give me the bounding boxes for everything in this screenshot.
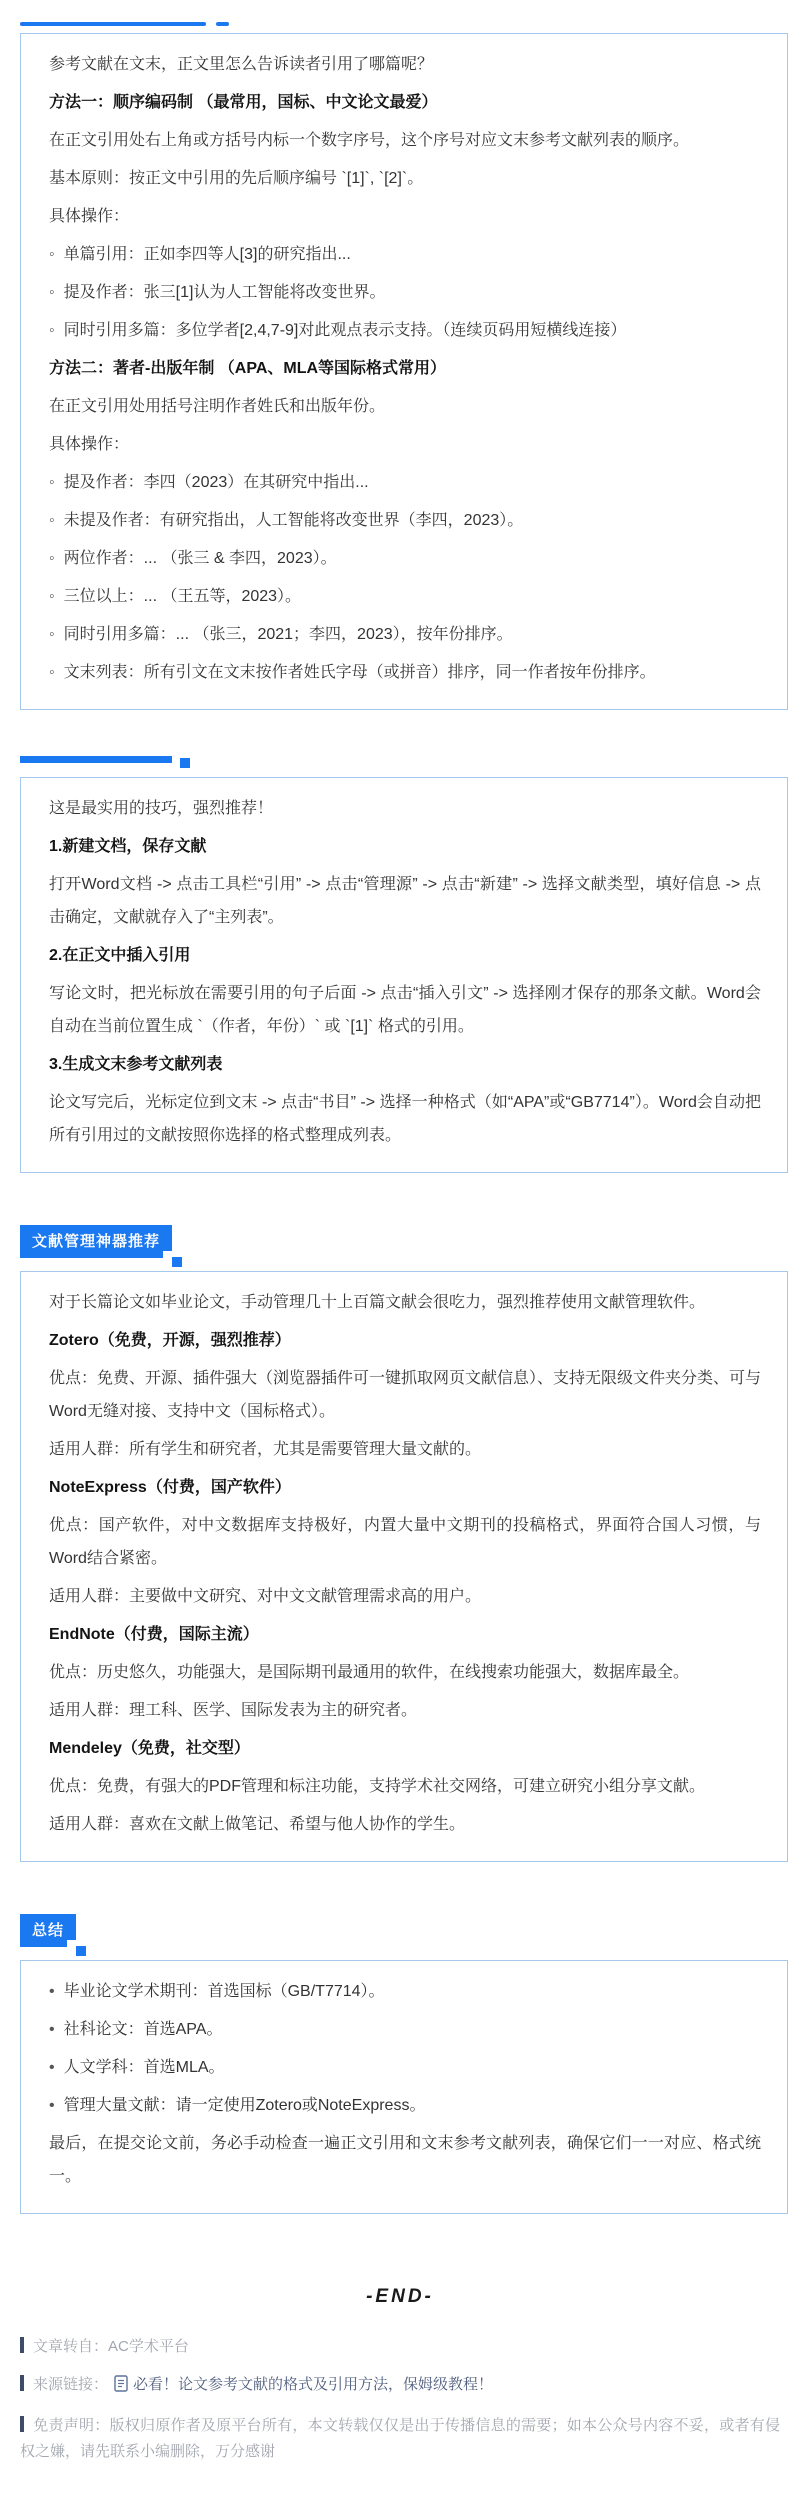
list-item-text: 同时引用多篇：... （张三，2021；李四，2023），按年份排序。 (64, 618, 513, 651)
heading: 方法二：著者-出版年制 （APA、MLA等国际格式常用） (49, 352, 761, 385)
bullet-marker: • (49, 2089, 55, 2122)
software-recommendations-box: 对于长篇论文如毕业论文，手动管理几十上百篇文献会很吃力，强烈推荐使用文献管理软件… (20, 1271, 788, 1862)
list-item: ◦单篇引用：正如李四等人[3]的研究指出... (49, 238, 761, 271)
list-item: •毕业论文学术期刊：首选国标（GB/T7714）。 (49, 1975, 761, 2008)
paragraph: 写论文时，把光标放在需要引用的句子后面 -> 点击“插入引文” -> 选择刚才保… (49, 977, 761, 1043)
list-item-text: 同时引用多篇：多位学者[2,4,7-9]对此观点表示支持。（连续页码用短横线连接… (64, 314, 627, 347)
list-item-text: 社科论文：首选APA。 (64, 2013, 223, 2046)
list-item: ◦同时引用多篇：多位学者[2,4,7-9]对此观点表示支持。（连续页码用短横线连… (49, 314, 761, 347)
source-attribution-line: 文章转自：AC学术平台 (20, 2334, 780, 2360)
citation-methods-box: 参考文献在文末，正文里怎么告诉读者引用了哪篇呢？方法一：顺序编码制 （最常用，国… (20, 33, 788, 710)
list-item-text: 管理大量文献：请一定使用Zotero或NoteExpress。 (64, 2089, 426, 2122)
disclaimer-text: 免责声明：版权归原作者及原平台所有，本文转载仅仅是出于传播信息的需要；如本公众号… (20, 2417, 780, 2460)
bullet-marker: ◦ (49, 542, 55, 575)
bullet-marker: ◦ (49, 580, 55, 613)
badge-corner-blue-square (172, 1257, 182, 1267)
bullet-marker: ◦ (49, 504, 55, 537)
paragraph: 适用人群：理工科、医学、国际发表为主的研究者。 (49, 1694, 761, 1727)
list-item: ◦提及作者：李四（2023）在其研究中指出... (49, 466, 761, 499)
bullet-marker: ◦ (49, 314, 55, 347)
list-item-text: 毕业论文学术期刊：首选国标（GB/T7714）。 (64, 1975, 385, 2008)
link-label: 来源链接： (33, 2376, 108, 2393)
word-citation-tips-box: 这是最实用的技巧，强烈推荐！1.新建文档，保存文献打开Word文档 -> 点击工… (20, 777, 788, 1173)
heading: NoteExpress（付费，国产软件） (49, 1471, 761, 1504)
list-item-text: 提及作者：李四（2023）在其研究中指出... (64, 466, 369, 499)
list-item-text: 人文学科：首选MLA。 (64, 2051, 225, 2084)
paragraph: 优点：免费，有强大的PDF管理和标注功能，支持学术社交网络，可建立研究小组分享文… (49, 1770, 761, 1803)
badge-label: 总结 (32, 1922, 64, 1939)
paragraph: 在正文引用处右上角或方括号内标一个数字序号，这个序号对应文末参考文献列表的顺序。 (49, 124, 761, 157)
summary-box: •毕业论文学术期刊：首选国标（GB/T7714）。•社科论文：首选APA。•人文… (20, 1960, 788, 2214)
list-item: •人文学科：首选MLA。 (49, 2051, 761, 2084)
heading: 1.新建文档，保存文献 (49, 830, 761, 863)
heading: 3.生成文末参考文献列表 (49, 1048, 761, 1081)
paragraph: 论文写完后，光标定位到文末 -> 点击“书目” -> 选择一种格式（如“APA”… (49, 1086, 761, 1152)
divider-square (180, 758, 190, 768)
heading: EndNote（付费，国际主流） (49, 1618, 761, 1651)
divider-line (20, 22, 206, 26)
footer: 文章转自：AC学术平台 来源链接：必看！论文参考文献的格式及引用方法，保姆级教程… (20, 2334, 780, 2465)
paragraph: 适用人群：喜欢在文献上做笔记、希望与他人协作的学生。 (49, 1808, 761, 1841)
source-text: 文章转自：AC学术平台 (33, 2338, 189, 2355)
section-badge-tools: 文献管理神器推荐 (20, 1225, 172, 1258)
section-badge-summary: 总结 (20, 1914, 76, 1947)
paragraph: 适用人群：主要做中文研究、对中文文献管理需求高的用户。 (49, 1580, 761, 1613)
list-item: •社科论文：首选APA。 (49, 2013, 761, 2046)
bullet-marker: ◦ (49, 276, 55, 309)
bullet-marker: ◦ (49, 618, 55, 651)
paragraph: 打开Word文档 -> 点击工具栏“引用” -> 点击“管理源” -> 点击“新… (49, 868, 761, 934)
section-divider-word-tips (20, 756, 800, 768)
bullet-marker: ◦ (49, 656, 55, 689)
list-item: ◦文末列表：所有引文在文末按作者姓氏字母（或拼音）排序，同一作者按年份排序。 (49, 656, 761, 689)
list-item-text: 单篇引用：正如李四等人[3]的研究指出... (64, 238, 351, 271)
section-divider-top (20, 22, 800, 26)
source-link[interactable]: 必看！论文参考文献的格式及引用方法，保姆级教程！ (133, 2376, 493, 2393)
footer-bar (20, 2375, 24, 2391)
heading: Mendeley（免费，社交型） (49, 1732, 761, 1765)
list-item-text: 三位以上：... （王五等，2023）。 (64, 580, 301, 613)
article-page: 参考文献在文末，正文里怎么告诉读者引用了哪篇呢？方法一：顺序编码制 （最常用，国… (0, 0, 800, 2507)
bullet-marker: ◦ (49, 238, 55, 271)
list-item: •管理大量文献：请一定使用Zotero或NoteExpress。 (49, 2089, 761, 2122)
badge-label: 文献管理神器推荐 (32, 1233, 160, 1250)
divider-dash (216, 22, 229, 26)
bullet-marker: • (49, 2051, 55, 2084)
paragraph: 适用人群：所有学生和研究者，尤其是需要管理大量文献的。 (49, 1433, 761, 1466)
paragraph: 这是最实用的技巧，强烈推荐！ (49, 792, 761, 825)
end-mark: -END- (0, 2286, 800, 2308)
paragraph: 参考文献在文末，正文里怎么告诉读者引用了哪篇呢？ (49, 48, 761, 81)
badge-row-summary: 总结 (20, 1914, 800, 1947)
paragraph: 优点：免费、开源、插件强大（浏览器插件可一键抓取网页文献信息）、支持无限级文件夹… (49, 1362, 761, 1428)
paragraph: 优点：国产软件，对中文数据库支持极好，内置大量中文期刊的投稿格式，界面符合国人习… (49, 1509, 761, 1575)
list-item: ◦三位以上：... （王五等，2023）。 (49, 580, 761, 613)
heading: 方法一：顺序编码制 （最常用，国标、中文论文最爱） (49, 86, 761, 119)
heading: 2.在正文中插入引用 (49, 939, 761, 972)
list-item-text: 未提及作者：有研究指出，人工智能将改变世界（李四，2023）。 (64, 504, 524, 537)
bullet-marker: • (49, 2013, 55, 2046)
paragraph: 优点：历史悠久，功能强大，是国际期刊最通用的软件，在线搜索功能强大，数据库最全。 (49, 1656, 761, 1689)
source-link-line: 来源链接：必看！论文参考文献的格式及引用方法，保姆级教程！ (20, 2372, 780, 2401)
footer-bar (20, 2416, 24, 2432)
list-item: ◦同时引用多篇：... （张三，2021；李四，2023），按年份排序。 (49, 618, 761, 651)
paragraph: 基本原则：按正文中引用的先后顺序编号 `[1]`, `[2]`。 (49, 162, 761, 195)
paragraph: 具体操作： (49, 428, 761, 461)
footer-bar (20, 2337, 24, 2353)
list-item-text: 文末列表：所有引文在文末按作者姓氏字母（或拼音）排序，同一作者按年份排序。 (64, 656, 656, 689)
list-item: ◦提及作者：张三[1]认为人工智能将改变世界。 (49, 276, 761, 309)
paragraph: 最后，在提交论文前，务必手动检查一遍正文引用和文末参考文献列表，确保它们一一对应… (49, 2127, 761, 2193)
list-item: ◦两位作者：... （张三 & 李四，2023）。 (49, 542, 761, 575)
bullet-marker: ◦ (49, 466, 55, 499)
bullet-marker: • (49, 1975, 55, 2008)
paragraph: 在正文引用处用括号注明作者姓氏和出版年份。 (49, 390, 761, 423)
paragraph: 具体操作： (49, 200, 761, 233)
badge-row-tools: 文献管理神器推荐 (20, 1225, 800, 1258)
heading: Zotero（免费，开源，强烈推荐） (49, 1324, 761, 1357)
badge-corner-blue-square (76, 1946, 86, 1956)
list-item-text: 提及作者：张三[1]认为人工智能将改变世界。 (64, 276, 386, 309)
paragraph: 对于长篇论文如毕业论文，手动管理几十上百篇文献会很吃力，强烈推荐使用文献管理软件… (49, 1286, 761, 1319)
document-icon (114, 2375, 128, 2401)
divider-bar (20, 756, 172, 763)
disclaimer-line: 免责声明：版权归原作者及原平台所有，本文转载仅仅是出于传播信息的需要；如本公众号… (20, 2413, 780, 2465)
list-item: ◦未提及作者：有研究指出，人工智能将改变世界（李四，2023）。 (49, 504, 761, 537)
list-item-text: 两位作者：... （张三 & 李四，2023）。 (64, 542, 337, 575)
